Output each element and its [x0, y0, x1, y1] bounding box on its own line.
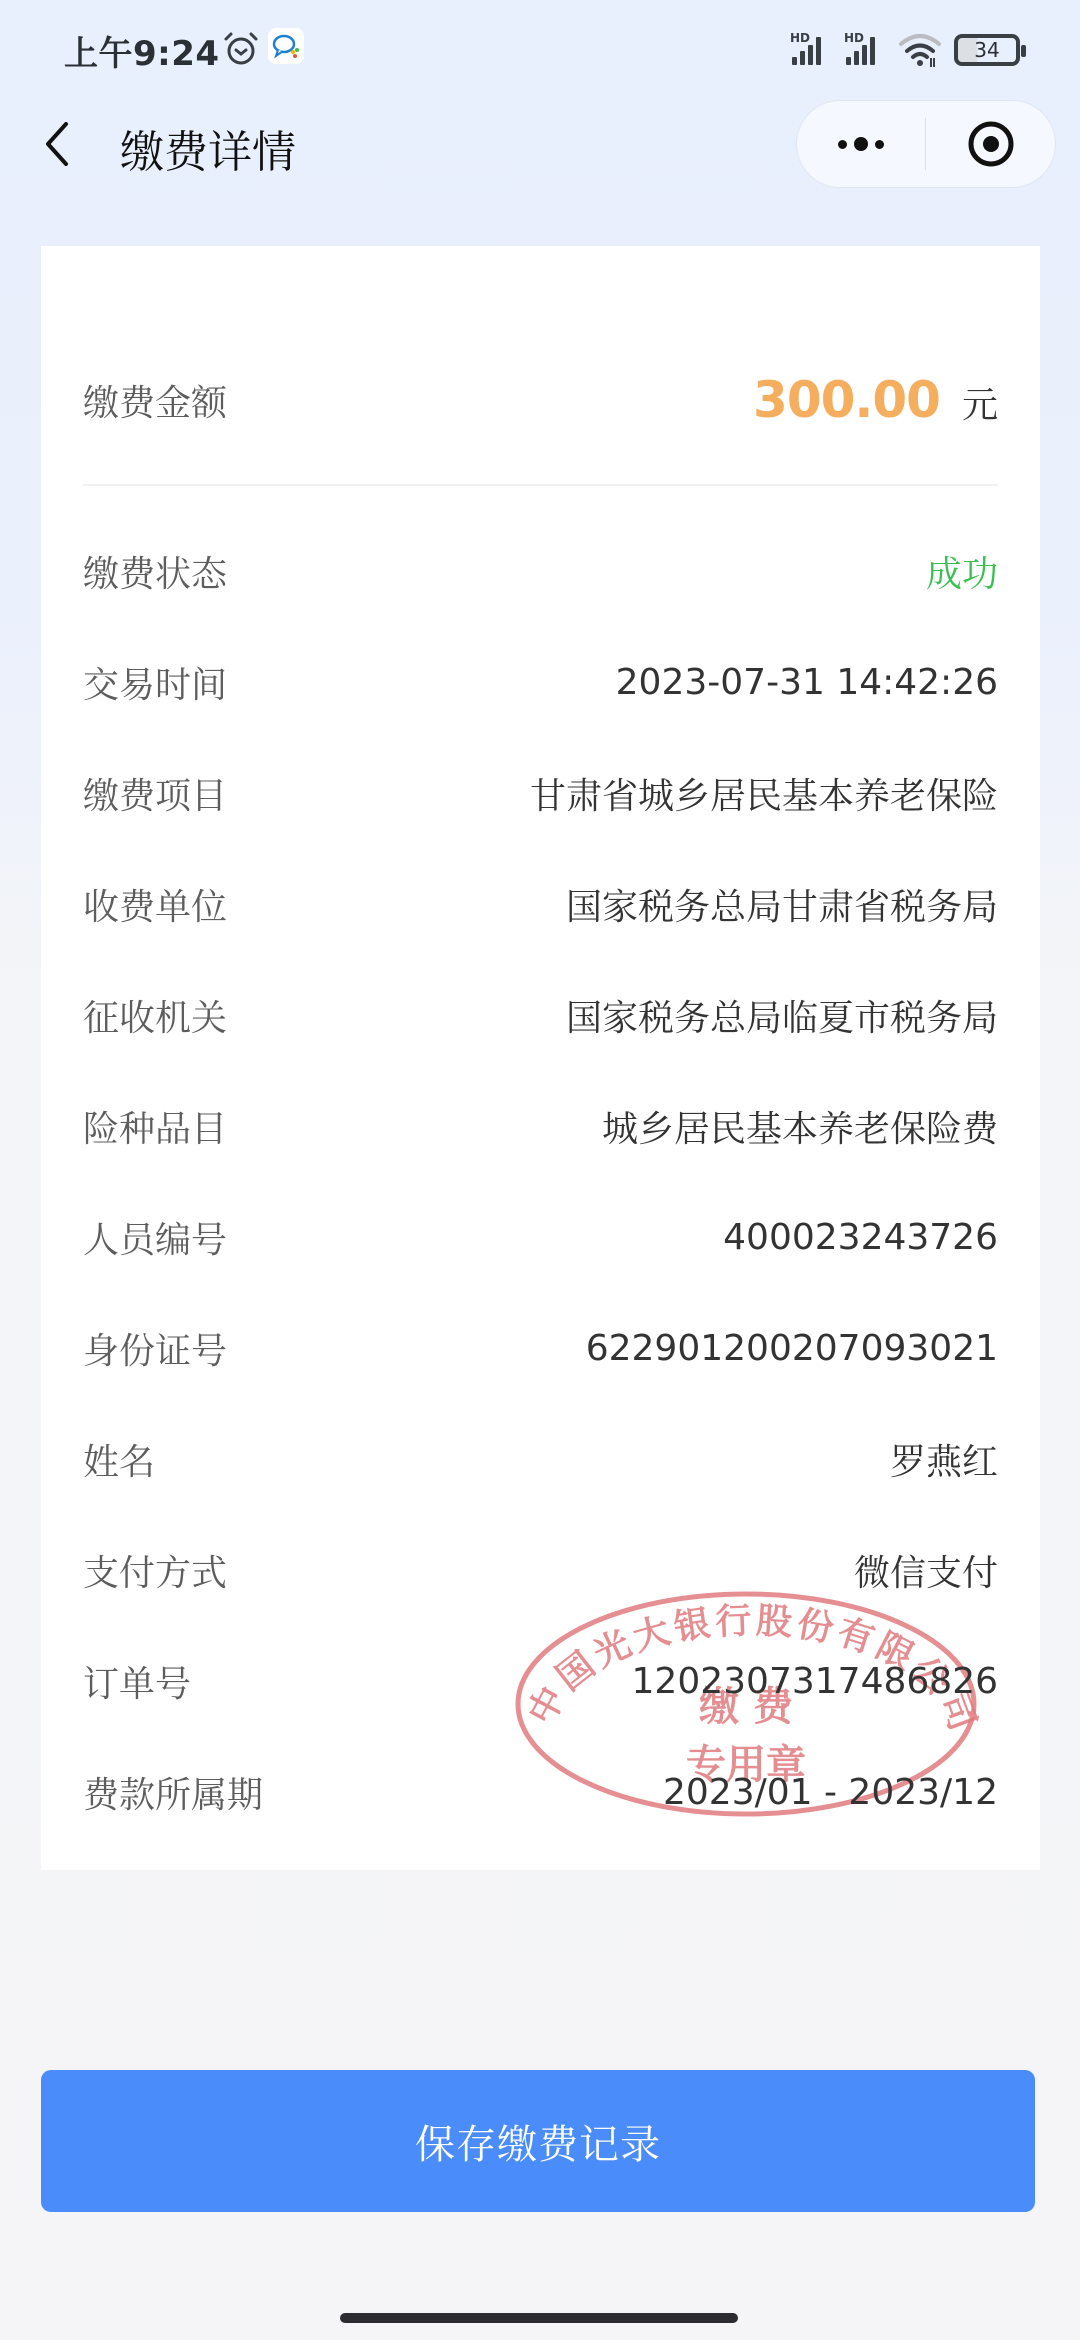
row-value: 2023/01 - 2023/12: [663, 1772, 998, 1813]
payment-detail-card: 缴费金额 300.00 元 缴费状态 成功 交易时间 2023-07-31 14…: [41, 246, 1040, 1870]
row-value: 国家税务总局临夏市税务局: [566, 990, 998, 1041]
detail-row-amount: 缴费金额 300.00 元: [83, 370, 998, 430]
detail-row-name: 姓名 罗燕红: [83, 1429, 998, 1489]
divider: [83, 484, 998, 486]
detail-row-payment-method: 支付方式 微信支付: [83, 1540, 998, 1600]
more-dots-icon: [838, 140, 847, 149]
row-label: 人员编号: [83, 1212, 227, 1263]
wifi-icon: [898, 32, 942, 68]
close-mini-program-button[interactable]: [926, 101, 1055, 187]
amount-value: 300.00: [753, 371, 940, 429]
row-value: 622901200207093021: [586, 1328, 998, 1369]
status-bar: 上午9:24 HD HD: [0, 0, 1080, 96]
detail-row-payment-item: 缴费项目 甘肃省城乡居民基本养老保险: [83, 763, 998, 823]
chevron-left-icon[interactable]: [40, 118, 76, 170]
detail-row-transaction-time: 交易时间 2023-07-31 14:42:26: [83, 652, 998, 712]
row-value: 罗燕红: [890, 1434, 998, 1485]
nav-bar: 缴费详情: [0, 96, 1080, 192]
detail-row-id-card: 身份证号 622901200207093021: [83, 1318, 998, 1378]
row-label: 订单号: [83, 1656, 191, 1707]
page-title: 缴费详情: [120, 116, 296, 180]
battery-icon: 34: [954, 34, 1020, 66]
signal-icon: HD: [790, 33, 832, 67]
status-icons: HD HD 34: [790, 30, 1020, 70]
battery-level: 34: [974, 38, 999, 62]
alarm-icon: [222, 30, 260, 68]
row-value: 国家税务总局甘肃省税务局: [566, 879, 998, 930]
row-label: 支付方式: [83, 1545, 227, 1596]
home-indicator[interactable]: [340, 2313, 738, 2323]
status-badge: 成功: [926, 546, 998, 597]
amount-label: 缴费金额: [83, 375, 227, 426]
more-dots-icon: [875, 140, 884, 149]
row-value: 城乡居民基本养老保险费: [602, 1101, 998, 1152]
detail-row-order-number: 订单号 1202307317486826: [83, 1651, 998, 1711]
detail-row-payee: 收费单位 国家税务总局甘肃省税务局: [83, 874, 998, 934]
more-button[interactable]: [797, 101, 925, 187]
row-label: 险种品目: [83, 1101, 227, 1152]
row-value: 1202307317486826: [632, 1661, 998, 1702]
more-dots-icon: [854, 137, 868, 151]
row-value: 400023243726: [723, 1217, 998, 1258]
status-time: 上午9:24: [64, 26, 220, 75]
row-label: 身份证号: [83, 1323, 227, 1374]
detail-row-billing-period: 费款所属期 2023/01 - 2023/12: [83, 1762, 998, 1822]
signal-icon: HD: [844, 33, 886, 67]
row-value: 2023-07-31 14:42:26: [616, 662, 998, 703]
row-label: 姓名: [83, 1434, 155, 1485]
amount-unit: 元: [962, 377, 998, 428]
row-label: 收费单位: [83, 879, 227, 930]
detail-row-insurance-type: 险种品目 城乡居民基本养老保险费: [83, 1096, 998, 1156]
messaging-app-icon: [268, 28, 304, 64]
row-label: 征收机关: [83, 990, 227, 1041]
mini-program-capsule: [796, 100, 1056, 188]
target-circle-icon: [966, 119, 1016, 169]
row-value: 微信支付: [854, 1545, 998, 1596]
row-label: 缴费项目: [83, 768, 227, 819]
row-label: 费款所属期: [83, 1767, 263, 1818]
row-label: 缴费状态: [83, 546, 227, 597]
row-label: 交易时间: [83, 657, 227, 708]
detail-row-collecting-authority: 征收机关 国家税务总局临夏市税务局: [83, 985, 998, 1045]
save-payment-record-button[interactable]: 保存缴费记录: [41, 2070, 1035, 2212]
amount-value-group: 300.00 元: [753, 371, 998, 429]
detail-row-status: 缴费状态 成功: [83, 541, 998, 601]
detail-row-person-id: 人员编号 400023243726: [83, 1207, 998, 1267]
row-value: 甘肃省城乡居民基本养老保险: [530, 768, 998, 819]
